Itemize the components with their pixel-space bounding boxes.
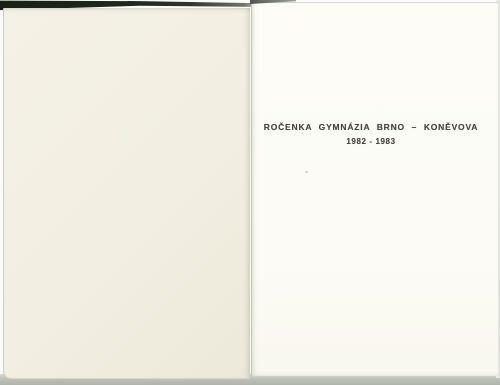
dust-speck	[305, 171, 308, 173]
book-years: 1982 - 1983	[248, 137, 494, 146]
book-scan: ROČENKA GYMNÁZIA BRNO – KONĚVOVA 1982 - …	[0, 0, 500, 385]
title-block: ROČENKA GYMNÁZIA BRNO – KONĚVOVA 1982 - …	[248, 122, 494, 146]
book-title: ROČENKA GYMNÁZIA BRNO – KONĚVOVA	[248, 122, 494, 132]
left-page	[3, 8, 250, 379]
dust-speck	[442, 128, 445, 130]
right-page: ROČENKA GYMNÁZIA BRNO – KONĚVOVA 1982 - …	[251, 2, 498, 376]
